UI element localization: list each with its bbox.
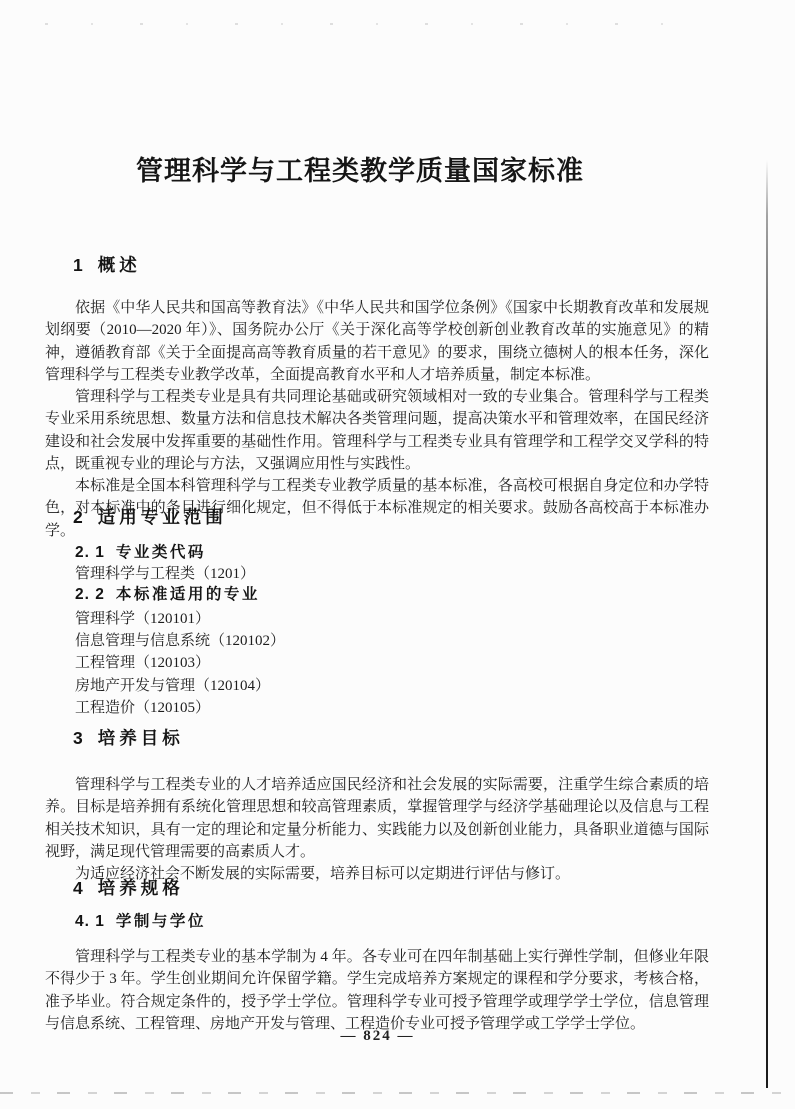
right-edge-scan-line (766, 160, 768, 1088)
paragraph: 管理科学与工程类专业的人才培养适应国民经济和社会发展的实际需要，注重学生综合素质… (45, 774, 709, 863)
section-number: 3 (73, 728, 83, 748)
page-number: — 824 — (0, 1027, 755, 1045)
document-title: 管理科学与工程类教学质量国家标准 (0, 152, 720, 190)
subsection-number: 2. 1 (75, 544, 105, 561)
section-title: 培养目标 (98, 728, 184, 748)
section-title: 适用专业范围 (98, 507, 227, 527)
section-number: 4 (73, 878, 83, 898)
subsection-4-1-heading: 4. 1学制与学位 (75, 912, 206, 931)
section-number: 1 (73, 255, 83, 275)
list-item: 工程造价（120105） (75, 697, 695, 719)
subsection-2-2-heading: 2. 2本标准适用的专业 (75, 585, 260, 604)
bottom-scan-artifact (0, 1092, 790, 1094)
section-number: 2 (73, 507, 83, 527)
subsection-title: 学制与学位 (116, 913, 206, 930)
list-item: 管理科学与工程类（1201） (75, 563, 255, 585)
top-scan-artifact (45, 23, 685, 25)
subsection-2-1-heading: 2. 1专业类代码 (75, 543, 206, 562)
section-title: 概述 (98, 255, 141, 275)
paragraph: 管理科学与工程类专业是具有共同理论基础或研究领域相对一致的专业集合。管理科学与工… (45, 386, 709, 475)
subsection-number: 2. 2 (75, 586, 105, 603)
section-3-heading: 3培养目标 (73, 728, 184, 749)
list-item: 房地产开发与管理（120104） (75, 675, 695, 697)
section-1-heading: 1概述 (73, 255, 141, 276)
section-4-heading: 4培养规格 (73, 878, 184, 899)
list-item: 管理科学（120101） (75, 608, 695, 630)
scanned-document-page: 管理科学与工程类教学质量国家标准 1概述 依据《中华人民共和国高等教育法》《中华… (0, 0, 795, 1109)
list-item: 信息管理与信息系统（120102） (75, 630, 695, 652)
major-list: 管理科学（120101） 信息管理与信息系统（120102） 工程管理（1201… (75, 608, 695, 719)
paragraph: 依据《中华人民共和国高等教育法》《中华人民共和国学位条例》《国家中长期教育改革和… (45, 297, 709, 386)
paragraph: 管理科学与工程类专业的基本学制为 4 年。各专业可在四年制基础上实行弹性学制，但… (45, 946, 709, 1035)
subsection-title: 专业类代码 (116, 544, 206, 561)
subsection-title: 本标准适用的专业 (116, 586, 260, 603)
section-title: 培养规格 (98, 878, 184, 898)
section-2-heading: 2适用专业范围 (73, 507, 227, 528)
subsection-number: 4. 1 (75, 913, 105, 930)
list-item: 工程管理（120103） (75, 652, 695, 674)
